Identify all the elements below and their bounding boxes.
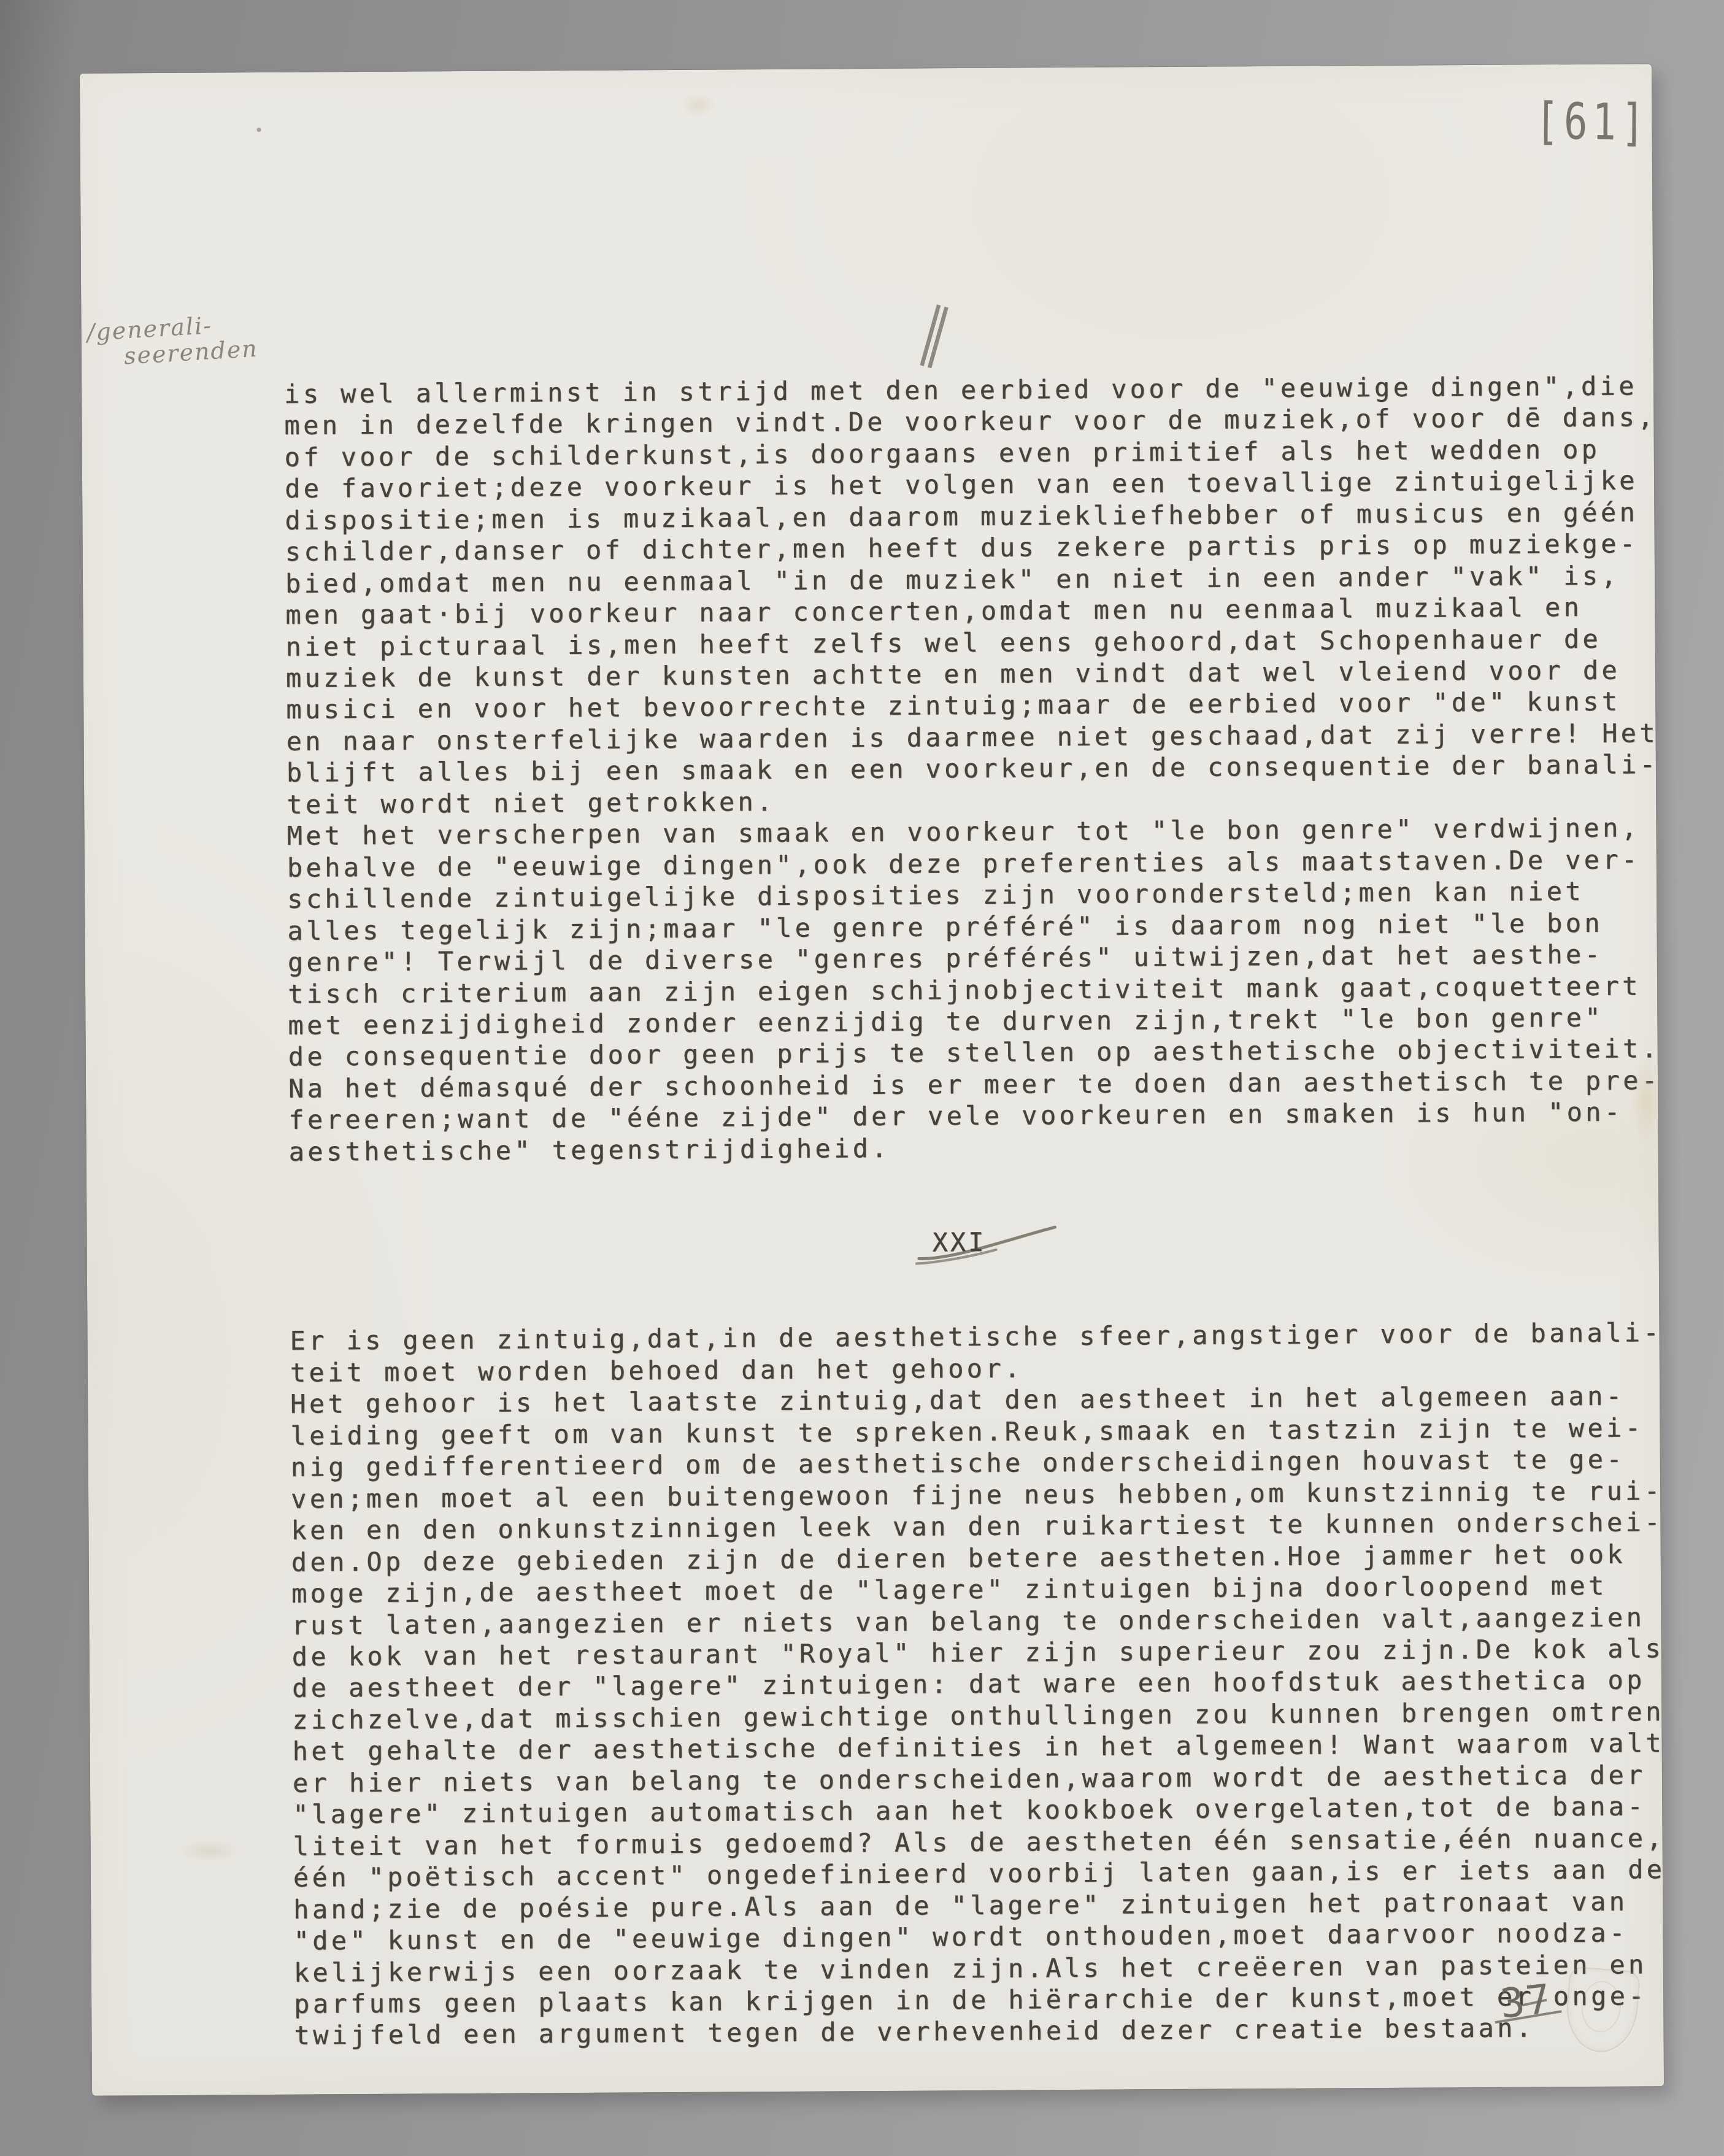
section-heading: XXI <box>932 1226 986 1258</box>
paper-stain <box>680 93 717 118</box>
archival-number-annotation: 37 <box>1498 1975 1553 2028</box>
margin-note: /generali- seerenden <box>86 309 259 372</box>
typewritten-paragraphs-top: is wel allerminst in strijd met den eerb… <box>284 370 1664 1168</box>
paper-speck <box>257 128 261 132</box>
section-heading-row: XXI <box>289 1222 1664 1262</box>
typewritten-text: is wel allerminst in strijd met den eerb… <box>283 307 1664 2096</box>
manuscript-page: [61] /generali- seerenden ∥ is wel aller… <box>80 64 1664 2096</box>
paper-stain <box>183 1839 238 1862</box>
typewritten-paragraphs-bottom: Er is geen zintuig,dat,in de aesthetisch… <box>290 1317 1664 2051</box>
paper-stain <box>1632 1058 1661 1144</box>
page-number-annotation: [61] <box>1535 93 1650 153</box>
